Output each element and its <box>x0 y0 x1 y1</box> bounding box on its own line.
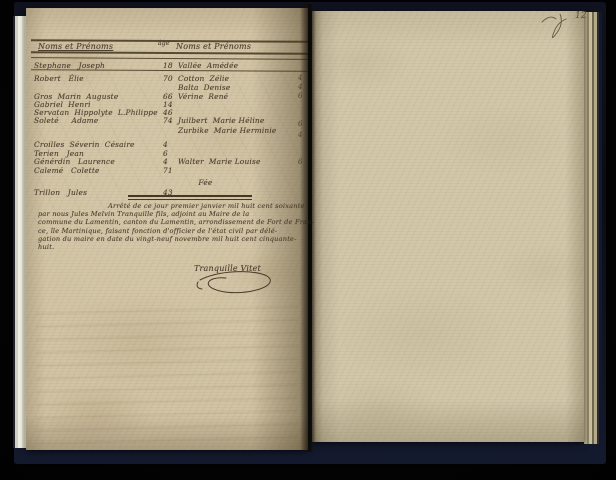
table-closing-rule <box>128 195 252 200</box>
collation-paraph-mark <box>538 8 580 46</box>
signature-flourish-mark <box>192 270 282 304</box>
paragraph-line: commune du Lamentin, canton du Lamentin,… <box>38 218 302 226</box>
right-page <box>312 11 584 442</box>
book-gutter-shadow <box>300 4 316 452</box>
left-page: Noms et Prénoms âge Noms et Prénoms Step… <box>26 8 308 450</box>
paragraph-line: huit. <box>38 243 302 251</box>
scanned-book-spread: Noms et Prénoms âge Noms et Prénoms Step… <box>0 0 616 480</box>
paragraph-line: Arrêté de ce jour premier janvier mil hu… <box>108 202 302 210</box>
paragraph-line: gation du maire en date du vingt-neuf no… <box>38 235 302 243</box>
paper-texture <box>312 11 584 442</box>
paragraph-line: ce, île Martinique, faisant fonction d'o… <box>38 227 302 235</box>
paper-stains <box>312 11 584 442</box>
right-page-edges <box>584 12 602 444</box>
folio-number: 12 <box>575 11 587 21</box>
closing-paragraph: Arrêté de ce jour premier janvier mil hu… <box>38 202 302 251</box>
